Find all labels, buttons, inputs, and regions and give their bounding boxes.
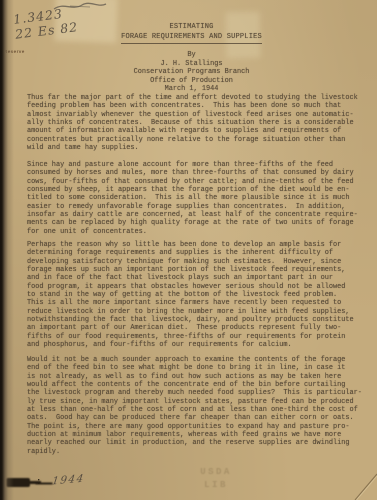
faint-stamp-line: LIB (184, 479, 248, 492)
byline-by: By (12, 51, 371, 60)
page-left-edge-shadow (0, 0, 14, 500)
byline-author: J. H. Stallings (12, 60, 371, 69)
ink-stamp-colon: : (36, 477, 41, 487)
document-title: ESTIMATING FORAGE REQUIREMENTS AND SUPPL… (12, 23, 371, 44)
faint-library-stamp: USDA LIB (184, 466, 248, 492)
faint-stamp-line: USDA (184, 466, 248, 479)
scanned-document-page: 1.3423 22 Es 82 Reserve ESTIMATING FORAG… (0, 0, 377, 500)
paragraph-3: Perhaps the reason why so little has bee… (27, 241, 354, 349)
byline-block: By J. H. Stallings Conservation Programs… (12, 51, 371, 94)
title-line-1: ESTIMATING (12, 23, 371, 33)
paragraph-2: Since hay and pasture alone account for … (27, 161, 358, 236)
byline-organization: Conservation Programs Branch (12, 68, 371, 77)
title-line-2: FORAGE REQUIREMENTS AND SUPPLIES (121, 33, 262, 44)
byline-office: Office of Production (12, 77, 371, 86)
paragraph-1: Thus far the major part of the time and … (27, 94, 358, 152)
handwritten-year: 1944 (51, 472, 85, 487)
byline-date: March 1, 1944 (12, 85, 371, 94)
paragraph-4: Would it not be a much sounder approach … (27, 356, 362, 456)
